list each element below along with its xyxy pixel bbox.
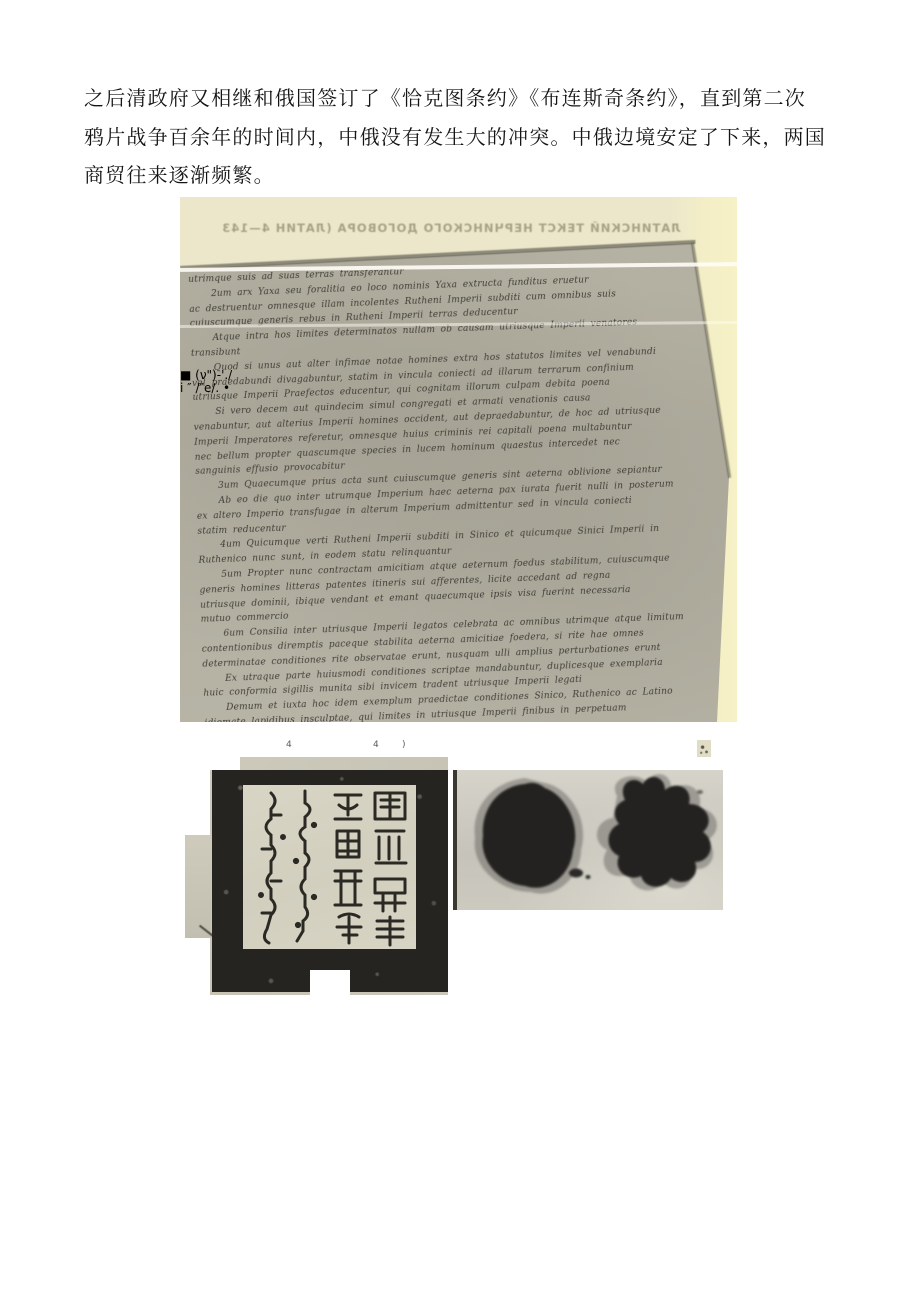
inkblot-svg [457, 770, 727, 910]
seal-white-notch [310, 970, 350, 995]
scan-fragment-icon [697, 740, 711, 757]
ocr-artifact-line: i ″ /″e/. • [180, 381, 230, 395]
caption-mark: 4 [286, 740, 292, 750]
ocr-artifact-line: ■ (ν")-'./ [180, 368, 232, 382]
figure-seal-impression[interactable] [210, 757, 448, 995]
seal-panel [243, 785, 416, 949]
text-line: 商贸往来逐渐频繁。 [84, 157, 864, 196]
document-page: 之后清政府又相继和俄国签订了《恰克图条约》《布连斯奇条约》，直到第二次鸦片战争百… [0, 0, 920, 1314]
figure-inkblot-photo[interactable] [453, 770, 723, 910]
text-line: 之后清政府又相继和俄国签订了《恰克图条约》《布连斯奇条约》，直到第二次 [84, 80, 864, 119]
caption-mark: ) [402, 740, 406, 750]
text-line: 鸦片战争百余年的时间内，中俄没有发生大的冲突。中俄边境安定了下来，两国 [84, 119, 864, 158]
seal-white-notch [210, 757, 240, 770]
seal-paper-tab [185, 835, 211, 938]
paragraph: 之后清政府又相继和俄国签订了《恰克图条约》《布连斯奇条约》，直到第二次鸦片战争百… [84, 80, 864, 196]
caption-mark: 4 [373, 740, 379, 750]
seal-script-svg [243, 785, 416, 949]
figure-manuscript-scan[interactable]: ЛАТИНСКИЙ ТЕКСТ НЕРЧИНСКОГО ДОГОВОРА (ЛА… [180, 197, 737, 722]
mirrored-header-text: ЛАТИНСКИЙ ТЕКСТ НЕРЧИНСКОГО ДОГОВОРА (ЛА… [208, 221, 694, 235]
ocr-artifact-text: ■ (ν")-'./i ″ /″e/. • [180, 369, 232, 395]
